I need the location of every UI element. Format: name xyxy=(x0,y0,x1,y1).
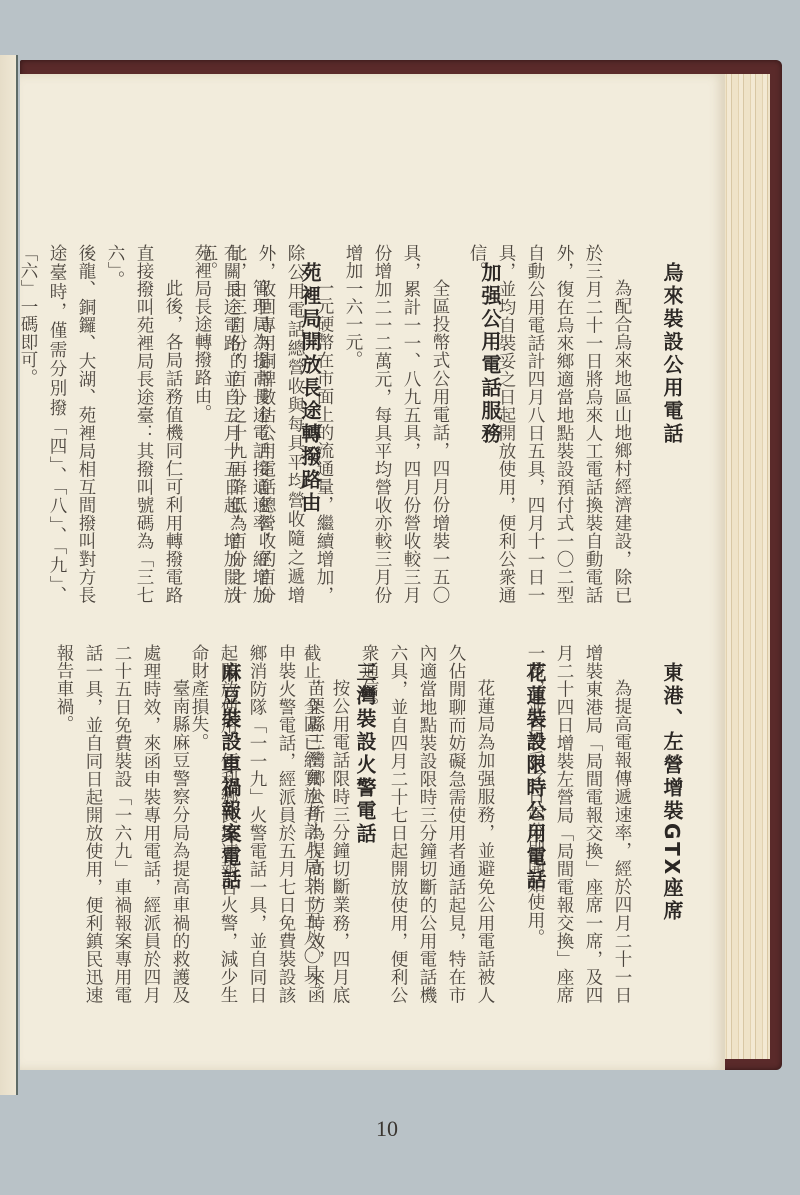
article-paragraph: 臺南縣麻豆警察分局為提高車禍的救護及處理時效，來函申裝專用電話，經派員於四月二十… xyxy=(49,644,194,1004)
article-paragraph: 全區投幣式公用電話，四月份增裝一五〇具，累計一一、八九五具，四月份營收較三月份增… xyxy=(338,244,454,604)
article-paragraph: 此後，各局話務值機同仁可利用轉撥電路直接撥叫苑裡局長途臺：其撥叫號碼為「三七六」… xyxy=(100,244,187,604)
article-paragraph: 後龍、銅鑼、大湖、苑裡局相互間撥叫對方長途臺時，僅需分別撥「四」、「八」、「九」… xyxy=(13,244,100,604)
article-paragraph: 管理局為提高長途電話接通速率，經增加有關長途電路，並自五月十五日起，增加開放苑裡… xyxy=(187,244,274,604)
page-number: 10 xyxy=(376,1116,398,1142)
article-heading: 麻豆裝設車禍報案電話 xyxy=(216,662,245,1004)
book-page: 烏來裝設公用電話 為配合烏來地區山地鄉村經濟建設，除已於三月二十一日將烏來人工電… xyxy=(20,74,725,1070)
article-heading: 東港、左營增裝GTX座席 xyxy=(658,662,687,1004)
article-heading: 三灣裝設火警電話 xyxy=(351,662,380,1004)
article-heading: 苑裡局開放長途轉撥路由 xyxy=(296,262,325,604)
article-heading: 烏來裝設公用電話 xyxy=(658,262,687,604)
page-stack-edge xyxy=(720,74,770,1059)
article-madou-accident-phone: 麻豆裝設車禍報案電話 臺南縣麻豆警察分局為提高車禍的救護及處理時效，來函申裝專用… xyxy=(49,644,245,1004)
article-heading: 花蓮裝設限時公用電話 xyxy=(521,662,550,1004)
article-yuanli-longdistance: 苑裡局開放長途轉撥路由 管理局為提高長途電話接通速率，經增加有關長途電路，並自五… xyxy=(13,244,325,604)
article-heading: 加强公用電話服務 xyxy=(476,262,505,604)
